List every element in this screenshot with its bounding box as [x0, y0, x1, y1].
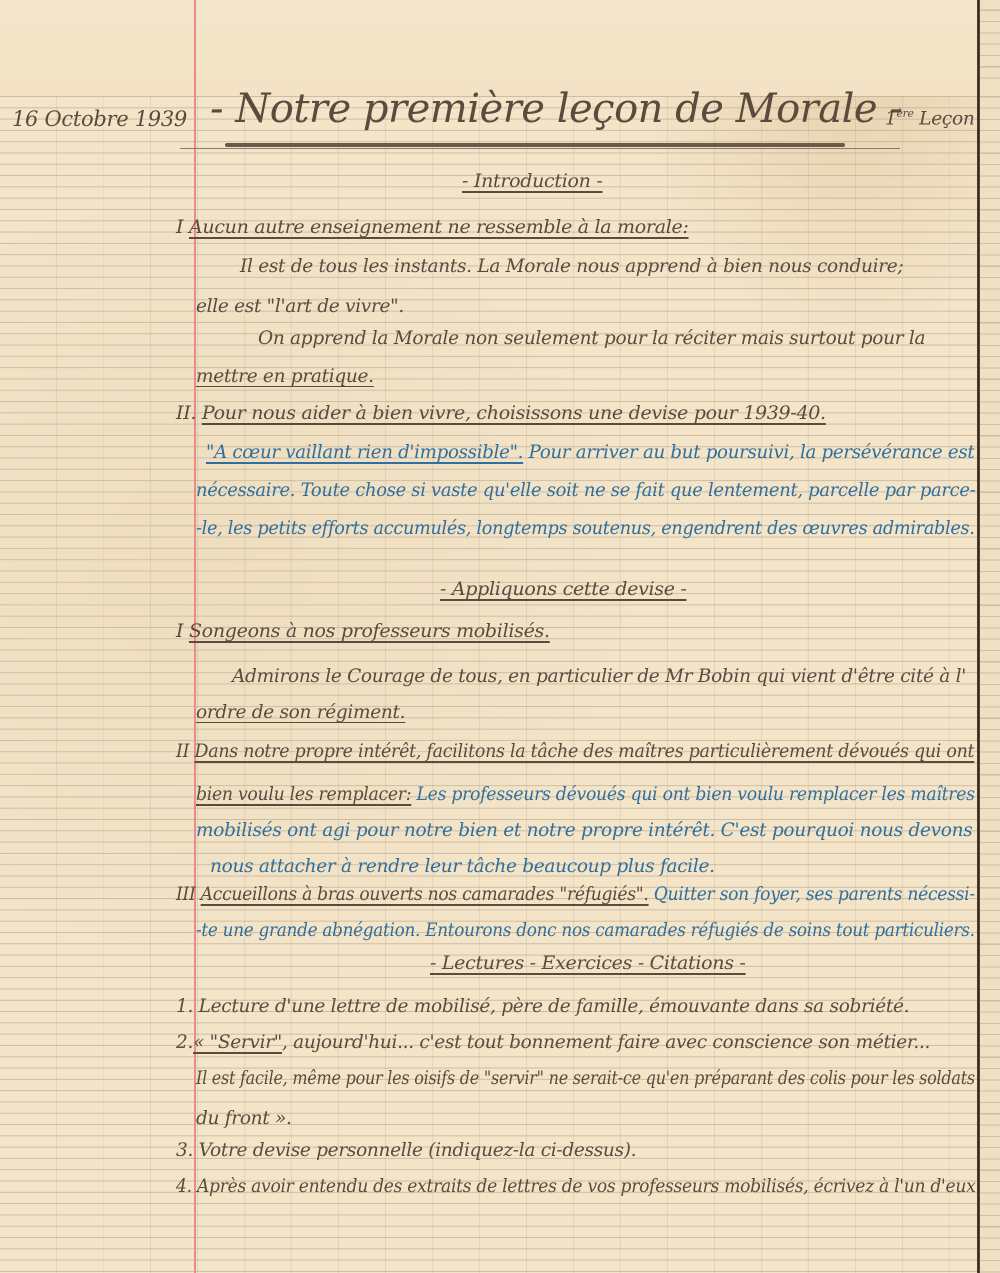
introduction-heading: - Introduction -	[462, 170, 602, 192]
appl-1-line-2: ordre de son régiment.	[196, 702, 405, 723]
appl-1-line-1: Admirons le Courage de tous, en particul…	[232, 666, 966, 687]
appl-2-blue-3: nous attacher à rendre leur tâche beauco…	[210, 856, 715, 877]
lesson-word: Leçon	[919, 107, 974, 129]
section-heading-text: Songeons à nos professeurs mobilisés.	[189, 620, 550, 642]
section-numeral: I	[176, 216, 183, 238]
title-underline-thin	[180, 148, 900, 149]
appl-2-line-2: bien voulu les remplacer: Les professeur…	[196, 784, 975, 805]
motto: "A cœur vaillant rien d'impossible".	[206, 442, 523, 463]
section-numeral: I	[176, 620, 183, 642]
intro-1-line-4: mettre en pratique.	[196, 366, 374, 387]
item-text: , aujourd'hui... c'est tout bonnement fa…	[282, 1032, 930, 1053]
motto-line: "A cœur vaillant rien d'impossible". Pou…	[206, 442, 974, 463]
appl-section-2-heading: II Dans notre propre intérêt, facilitons…	[176, 740, 974, 762]
notebook-binding	[977, 0, 980, 1273]
section-heading-continuation: bien voulu les remplacer:	[196, 784, 411, 805]
lectures-heading: - Lectures - Exercices - Citations -	[430, 952, 746, 974]
section-numeral: III	[176, 884, 195, 905]
lesson-superscript: ère	[897, 107, 914, 120]
intro-1-line-3: On apprend la Morale non seulement pour …	[258, 328, 925, 349]
next-page-edge	[980, 0, 1000, 1273]
intro-section-2-heading: II. Pour nous aider à bien vivre, choisi…	[176, 402, 826, 424]
appl-section-3-heading: III Accueillons à bras ouverts nos camar…	[176, 884, 975, 905]
lesson-number: 1	[885, 107, 897, 129]
lecture-item-2-cont-1: Il est facile, même pour les oisifs de "…	[196, 1068, 975, 1089]
appliquons-heading: - Appliquons cette devise -	[440, 578, 687, 600]
appl-section-1-heading: I Songeons à nos professeurs mobilisés.	[176, 620, 550, 642]
title-underline	[225, 143, 845, 147]
section-numeral: II.	[176, 402, 196, 424]
lecture-item-4: 4. Après avoir entendu des extraits de l…	[176, 1176, 975, 1197]
item-number: 1.	[176, 996, 193, 1017]
quote-word: « "Servir"	[193, 1032, 282, 1053]
section-heading-text: Accueillons à bras ouverts nos camarades…	[201, 884, 649, 905]
item-number: 3.	[176, 1140, 193, 1161]
lesson-date: 16 Octobre 1939	[12, 107, 187, 131]
motto-explanation-1: Pour arriver au but poursuivi, la persév…	[529, 442, 975, 463]
item-text: Lecture d'une lettre de mobilisé, père d…	[199, 996, 910, 1017]
section-heading-text: Dans notre propre intérêt, facilitons la…	[195, 740, 975, 762]
section-heading-text: Pour nous aider à bien vivre, choisisson…	[202, 402, 826, 424]
motto-explanation-2: nécessaire. Toute chose si vaste qu'elle…	[196, 480, 975, 501]
item-text: Votre devise personnelle (indiquez-la ci…	[199, 1140, 637, 1161]
appl-2-blue-1: Les professeurs dévoués qui ont bien vou…	[416, 784, 974, 805]
page-header-blank	[0, 0, 978, 96]
appl-3-blue-2: -te une grande abnégation. Entourons don…	[196, 920, 975, 941]
notebook-page: 16 Octobre 1939 - Notre première leçon d…	[0, 0, 1000, 1273]
item-text: Après avoir entendu des extraits de lett…	[197, 1176, 976, 1197]
lecture-item-2: 2.« "Servir", aujourd'hui... c'est tout …	[176, 1032, 930, 1053]
item-number: 2.	[176, 1032, 193, 1053]
lecture-item-2-cont-2: du front ».	[196, 1108, 292, 1129]
intro-section-1-heading: I Aucun autre enseignement ne ressemble …	[176, 216, 689, 238]
appl-2-blue-2: mobilisés ont agi pour notre bien et not…	[196, 820, 972, 841]
page-title: - Notre première leçon de Morale -	[210, 86, 902, 132]
intro-1-line-2: elle est "l'art de vivre".	[196, 296, 404, 317]
lecture-item-3: 3. Votre devise personnelle (indiquez-la…	[176, 1140, 636, 1161]
intro-1-line-1: Il est de tous les instants. La Morale n…	[240, 256, 903, 277]
appl-3-blue-1: Quitter son foyer, ses parents nécessi-	[654, 884, 975, 905]
lecture-item-1: 1. Lecture d'une lettre de mobilisé, pèr…	[176, 996, 909, 1017]
motto-explanation-3: -le, les petits efforts accumulés, longt…	[196, 518, 975, 539]
lesson-label: 1ère Leçon	[885, 107, 975, 129]
section-numeral: II	[176, 740, 189, 762]
item-number: 4.	[176, 1176, 192, 1197]
section-heading-text: Aucun autre enseignement ne ressemble à …	[189, 216, 689, 238]
